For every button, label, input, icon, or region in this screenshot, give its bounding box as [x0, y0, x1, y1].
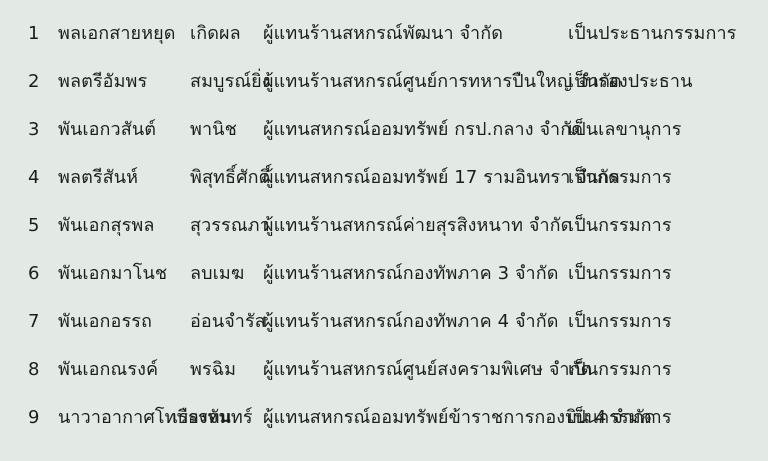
- member-organization: ผู้แทนร้านสหกรณ์ศูนย์สงครามพิเศษ จำกัด: [263, 346, 592, 394]
- member-rank-name: พันเอกวสันต์: [58, 106, 156, 154]
- member-surname: ลบเมฆ: [190, 250, 244, 298]
- member-role: เป็นกรรมการ: [568, 202, 672, 250]
- member-surname: เรืองจันทร์: [172, 394, 253, 442]
- table-row: 6พันเอกมาโนชลบเมฆผู้แทนร้านสหกรณ์กองทัพภ…: [0, 250, 768, 298]
- member-role: เป็นกรรมการ: [568, 346, 672, 394]
- member-rank-name: พลตรีสันห์: [58, 154, 138, 202]
- member-organization: ผู้แทนร้านสหกรณ์กองทัพภาค 4 จำกัด: [263, 298, 559, 346]
- row-number: 4: [28, 154, 40, 202]
- member-surname: เกิดผล: [190, 10, 241, 58]
- row-number: 3: [28, 106, 40, 154]
- row-number: 7: [28, 298, 40, 346]
- member-surname: พานิช: [190, 106, 237, 154]
- table-row: 2พลตรีอัมพรสมบูรณ์ยิ่งผู้แทนร้านสหกรณ์ศู…: [0, 58, 768, 106]
- committee-member-list: 1พลเอกสายหยุดเกิดผลผู้แทนร้านสหกรณ์พัฒนา…: [0, 10, 768, 442]
- member-rank-name: พันเอกณรงค์: [58, 346, 158, 394]
- member-rank-name: พลเอกสายหยุด: [58, 10, 176, 58]
- member-role: เป็นกรรมการ: [568, 298, 672, 346]
- table-row: 1พลเอกสายหยุดเกิดผลผู้แทนร้านสหกรณ์พัฒนา…: [0, 10, 768, 58]
- table-row: 4พลตรีสันห์พิสุทธิ์ศักดิ์ผู้แทนสหกรณ์ออม…: [0, 154, 768, 202]
- member-organization: ผู้แทนร้านสหกรณ์ค่ายสุรสิงหนาท จำกัด: [263, 202, 572, 250]
- member-surname: สุวรรณภา: [190, 202, 270, 250]
- member-rank-name: พลตรีอัมพร: [58, 58, 147, 106]
- member-role: เป็นกรรมการ: [568, 154, 672, 202]
- document-page: 1พลเอกสายหยุดเกิดผลผู้แทนร้านสหกรณ์พัฒนา…: [0, 0, 768, 461]
- member-role: เป็นประธานกรรมการ: [568, 10, 736, 58]
- table-row: 3พันเอกวสันต์พานิชผู้แทนสหกรณ์ออมทรัพย์ …: [0, 106, 768, 154]
- row-number: 2: [28, 58, 40, 106]
- row-number: 9: [28, 394, 40, 442]
- member-role: เป็นกรรมการ: [568, 250, 672, 298]
- member-surname: พรฉิม: [190, 346, 236, 394]
- member-role: เป็นเลขานุการ: [568, 106, 682, 154]
- row-number: 8: [28, 346, 40, 394]
- row-number: 6: [28, 250, 40, 298]
- member-surname: สมบูรณ์ยิ่ง: [190, 58, 271, 106]
- member-organization: ผู้แทนร้านสหกรณ์พัฒนา จำกัด: [263, 10, 503, 58]
- member-role: เป็นกรรมการ: [568, 394, 672, 442]
- member-organization: ผู้แทนร้านสหกรณ์กองทัพภาค 3 จำกัด: [263, 250, 559, 298]
- table-row: 9นาวาอากาศโทบรรทมเรืองจันทร์ผู้แทนสหกรณ์…: [0, 394, 768, 442]
- row-number: 1: [28, 10, 40, 58]
- member-surname: พิสุทธิ์ศักดิ์: [190, 154, 270, 202]
- table-row: 8พันเอกณรงค์พรฉิมผู้แทนร้านสหกรณ์ศูนย์สง…: [0, 346, 768, 394]
- member-organization: ผู้แทนสหกรณ์ออมทรัพย์ 17 รามอินทรา จำกัด: [263, 154, 620, 202]
- table-row: 7พันเอกอรรถอ่อนจำรัสผู้แทนร้านสหกรณ์กองท…: [0, 298, 768, 346]
- member-rank-name: พันเอกอรรถ: [58, 298, 152, 346]
- member-role: เป็นรองประธาน: [568, 58, 693, 106]
- member-rank-name: พันเอกมาโนช: [58, 250, 167, 298]
- member-surname: อ่อนจำรัส: [190, 298, 266, 346]
- member-rank-name: พันเอกสุรพล: [58, 202, 154, 250]
- member-organization: ผู้แทนสหกรณ์ออมทรัพย์ กรป.กลาง จำกัด: [263, 106, 583, 154]
- row-number: 5: [28, 202, 40, 250]
- table-row: 5พันเอกสุรพลสุวรรณภาผู้แทนร้านสหกรณ์ค่าย…: [0, 202, 768, 250]
